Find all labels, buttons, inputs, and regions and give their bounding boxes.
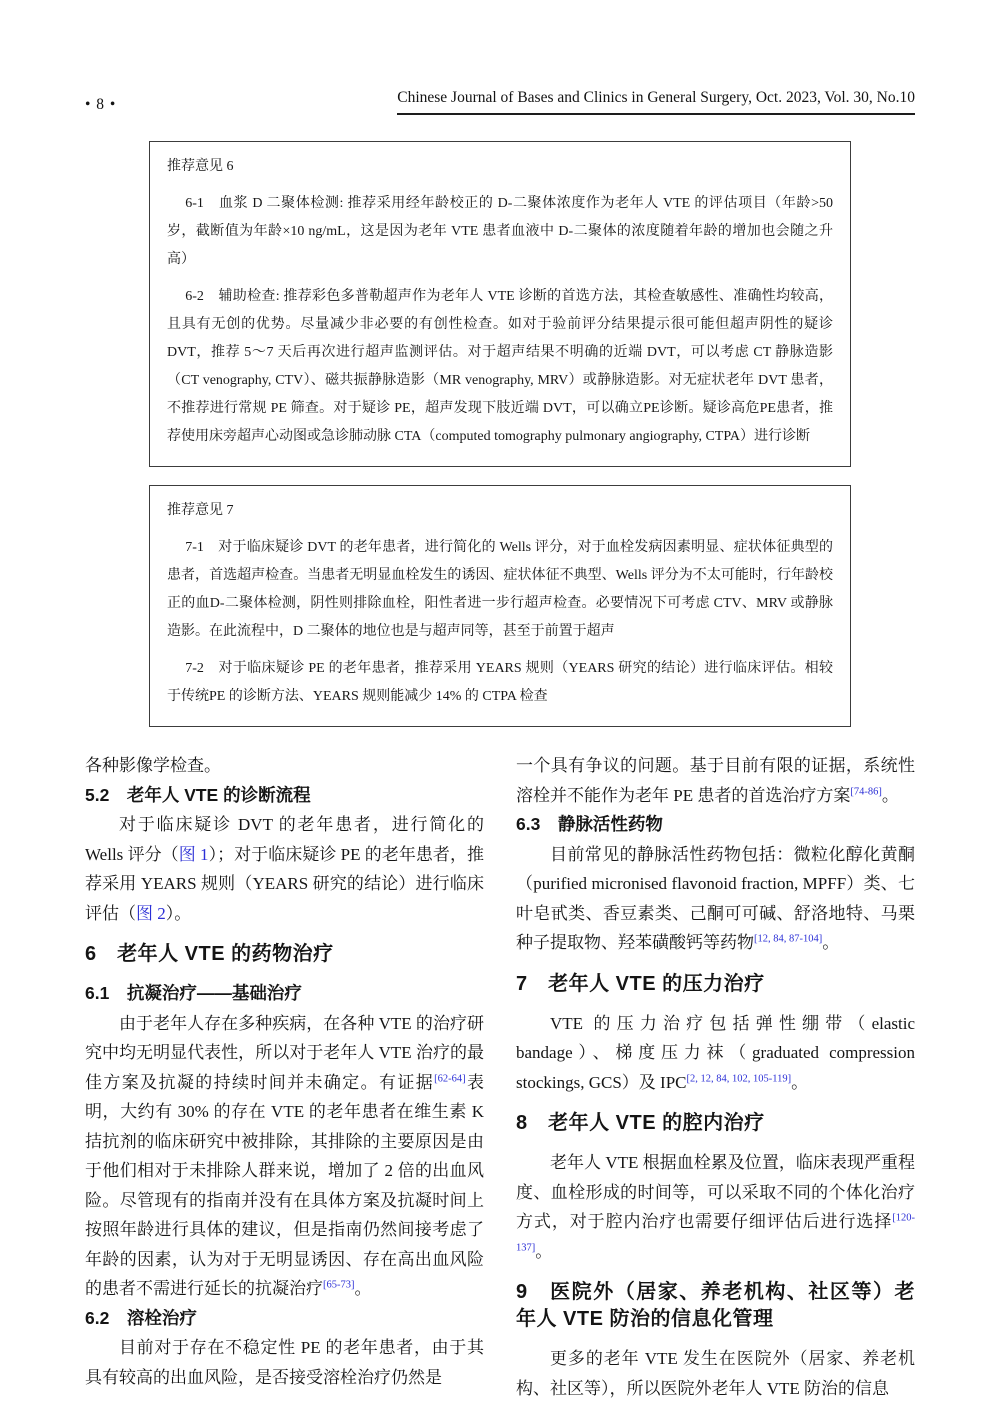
text-run: 9 医院外（居家、养老机构、社区等）老年人 VTE 防治的信息化管理 bbox=[516, 1281, 915, 1330]
text-run: ）。 bbox=[166, 904, 192, 923]
text-run: 8 老年人 VTE 的腔内治疗 bbox=[516, 1112, 765, 1134]
subsection-heading: 6.3 静脉活性药物 bbox=[516, 810, 915, 840]
reference-citation-link[interactable]: [12, 84, 87-104] bbox=[754, 933, 822, 944]
text-run: 。 bbox=[791, 1073, 808, 1092]
recommendation-box-7: 推荐意见 7 7-1 对于临床疑诊 DVT 的老年患者，进行简化的 Wells … bbox=[149, 485, 851, 727]
journal-title: Chinese Journal of Bases and Clinics in … bbox=[397, 88, 915, 115]
text-run: 目前常见的静脉活性药物包括：微粒化醇化黄酮（purified micronise… bbox=[516, 845, 915, 953]
reference-citation-link[interactable]: [74-86] bbox=[850, 786, 882, 797]
recommendation-box-6: 推荐意见 6 6-1 血浆 D 二聚体检测: 推荐采用经年龄校正的 D-二聚体浓… bbox=[149, 141, 851, 467]
subsection-heading: 6.1 抗凝治疗——基础治疗 bbox=[85, 979, 484, 1009]
text-run: 各种影像学检查。 bbox=[85, 756, 221, 775]
section-heading: 9 医院外（居家、养老机构、社区等）老年人 VTE 防治的信息化管理 bbox=[516, 1279, 915, 1333]
text-run: 。 bbox=[822, 933, 839, 952]
paragraph: VTE 的压力治疗包括弹性绷带（elastic bandage）、梯度压力袜（g… bbox=[516, 1009, 915, 1098]
continuation-text: 各种影像学检查。 bbox=[85, 751, 484, 781]
section-heading: 6 老年人 VTE 的药物治疗 bbox=[85, 941, 484, 968]
box-paragraph: 6-2 辅助检查: 推荐彩色多普勒超声作为老年人 VTE 诊断的首选方法，其检查… bbox=[167, 283, 833, 451]
text-run: 6.1 抗凝治疗——基础治疗 bbox=[85, 983, 302, 1003]
text-run: 6 老年人 VTE 的药物治疗 bbox=[85, 943, 334, 965]
box-title: 推荐意见 7 bbox=[167, 497, 833, 525]
text-run: 更多的老年 VTE 发生在医院外（居家、养老机构、社区等），所以医院外老年人 V… bbox=[516, 1349, 915, 1398]
page-header: • 8 • Chinese Journal of Bases and Clini… bbox=[85, 88, 915, 115]
paragraph: 目前常见的静脉活性药物包括：微粒化醇化黄酮（purified micronise… bbox=[516, 840, 915, 958]
text-run: 。 bbox=[535, 1242, 552, 1261]
text-run: 7 老年人 VTE 的压力治疗 bbox=[516, 973, 765, 995]
subsection-heading: 6.2 溶栓治疗 bbox=[85, 1304, 484, 1334]
article-body: 各种影像学检查。5.2 老年人 VTE 的诊断流程对于临床疑诊 DVT 的老年患… bbox=[85, 751, 915, 1403]
continuation-text: 一个具有争议的问题。基于目前有限的证据，系统性溶栓并不能作为老年 PE 患者的首… bbox=[516, 751, 915, 810]
text-run: 。 bbox=[882, 786, 899, 805]
text-run: 由于老年人存在多种疾病，在各种 VTE 的治疗研究中均无明显代表性，所以对于老年… bbox=[85, 1014, 484, 1092]
box-paragraph: 6-1 血浆 D 二聚体检测: 推荐采用经年龄校正的 D-二聚体浓度作为老年人 … bbox=[167, 190, 833, 274]
figure-link[interactable]: 图 1 bbox=[179, 845, 209, 864]
subsection-heading: 5.2 老年人 VTE 的诊断流程 bbox=[85, 781, 484, 811]
figure-link[interactable]: 图 2 bbox=[136, 904, 166, 923]
section-heading: 7 老年人 VTE 的压力治疗 bbox=[516, 971, 915, 998]
reference-citation-link[interactable]: [2, 12, 84, 102, 105-119] bbox=[687, 1073, 792, 1084]
reference-citation-link[interactable]: [65-73] bbox=[323, 1279, 355, 1290]
box-paragraph: 7-2 对于临床疑诊 PE 的老年患者，推荐采用 YEARS 规则（YEARS … bbox=[167, 655, 833, 711]
text-run: 老年人 VTE 根据血栓累及位置，临床表现严重程度、血栓形成的时间等，可以采取不… bbox=[516, 1153, 915, 1231]
paragraph: 对于临床疑诊 DVT 的老年患者，进行简化的 Wells 评分（图 1）；对于临… bbox=[85, 810, 484, 928]
page-number: • 8 • bbox=[85, 95, 116, 115]
column-right: 一个具有争议的问题。基于目前有限的证据，系统性溶栓并不能作为老年 PE 患者的首… bbox=[516, 751, 915, 1403]
text-run: 6.3 静脉活性药物 bbox=[516, 814, 663, 834]
paragraph: 老年人 VTE 根据血栓累及位置，临床表现严重程度、血栓形成的时间等，可以采取不… bbox=[516, 1148, 915, 1266]
text-run: 表明，大约有 30% 的存在 VTE 的老年患者在维生素 K 拮抗剂的临床研究中… bbox=[85, 1073, 484, 1299]
box-title: 推荐意见 6 bbox=[167, 153, 833, 181]
paragraph: 由于老年人存在多种疾病，在各种 VTE 的治疗研究中均无明显代表性，所以对于老年… bbox=[85, 1009, 484, 1304]
reference-citation-link[interactable]: [62-64] bbox=[434, 1073, 466, 1084]
text-run: 6.2 溶栓治疗 bbox=[85, 1308, 197, 1328]
paragraph: 目前对于存在不稳定性 PE 的老年患者，由于其具有较高的出血风险，是否接受溶栓治… bbox=[85, 1333, 484, 1392]
text-run: 。 bbox=[355, 1279, 372, 1298]
column-left: 各种影像学检查。5.2 老年人 VTE 的诊断流程对于临床疑诊 DVT 的老年患… bbox=[85, 751, 484, 1403]
journal-page: • 8 • Chinese Journal of Bases and Clini… bbox=[0, 0, 1000, 1414]
paragraph: 更多的老年 VTE 发生在医院外（居家、养老机构、社区等），所以医院外老年人 V… bbox=[516, 1344, 915, 1403]
text-run: 目前对于存在不稳定性 PE 的老年患者，由于其具有较高的出血风险，是否接受溶栓治… bbox=[85, 1338, 484, 1387]
text-run: 一个具有争议的问题。基于目前有限的证据，系统性溶栓并不能作为老年 PE 患者的首… bbox=[516, 756, 915, 805]
text-run: 5.2 老年人 VTE 的诊断流程 bbox=[85, 785, 311, 805]
box-paragraph: 7-1 对于临床疑诊 DVT 的老年患者，进行简化的 Wells 评分，对于血栓… bbox=[167, 534, 833, 646]
section-heading: 8 老年人 VTE 的腔内治疗 bbox=[516, 1110, 915, 1137]
